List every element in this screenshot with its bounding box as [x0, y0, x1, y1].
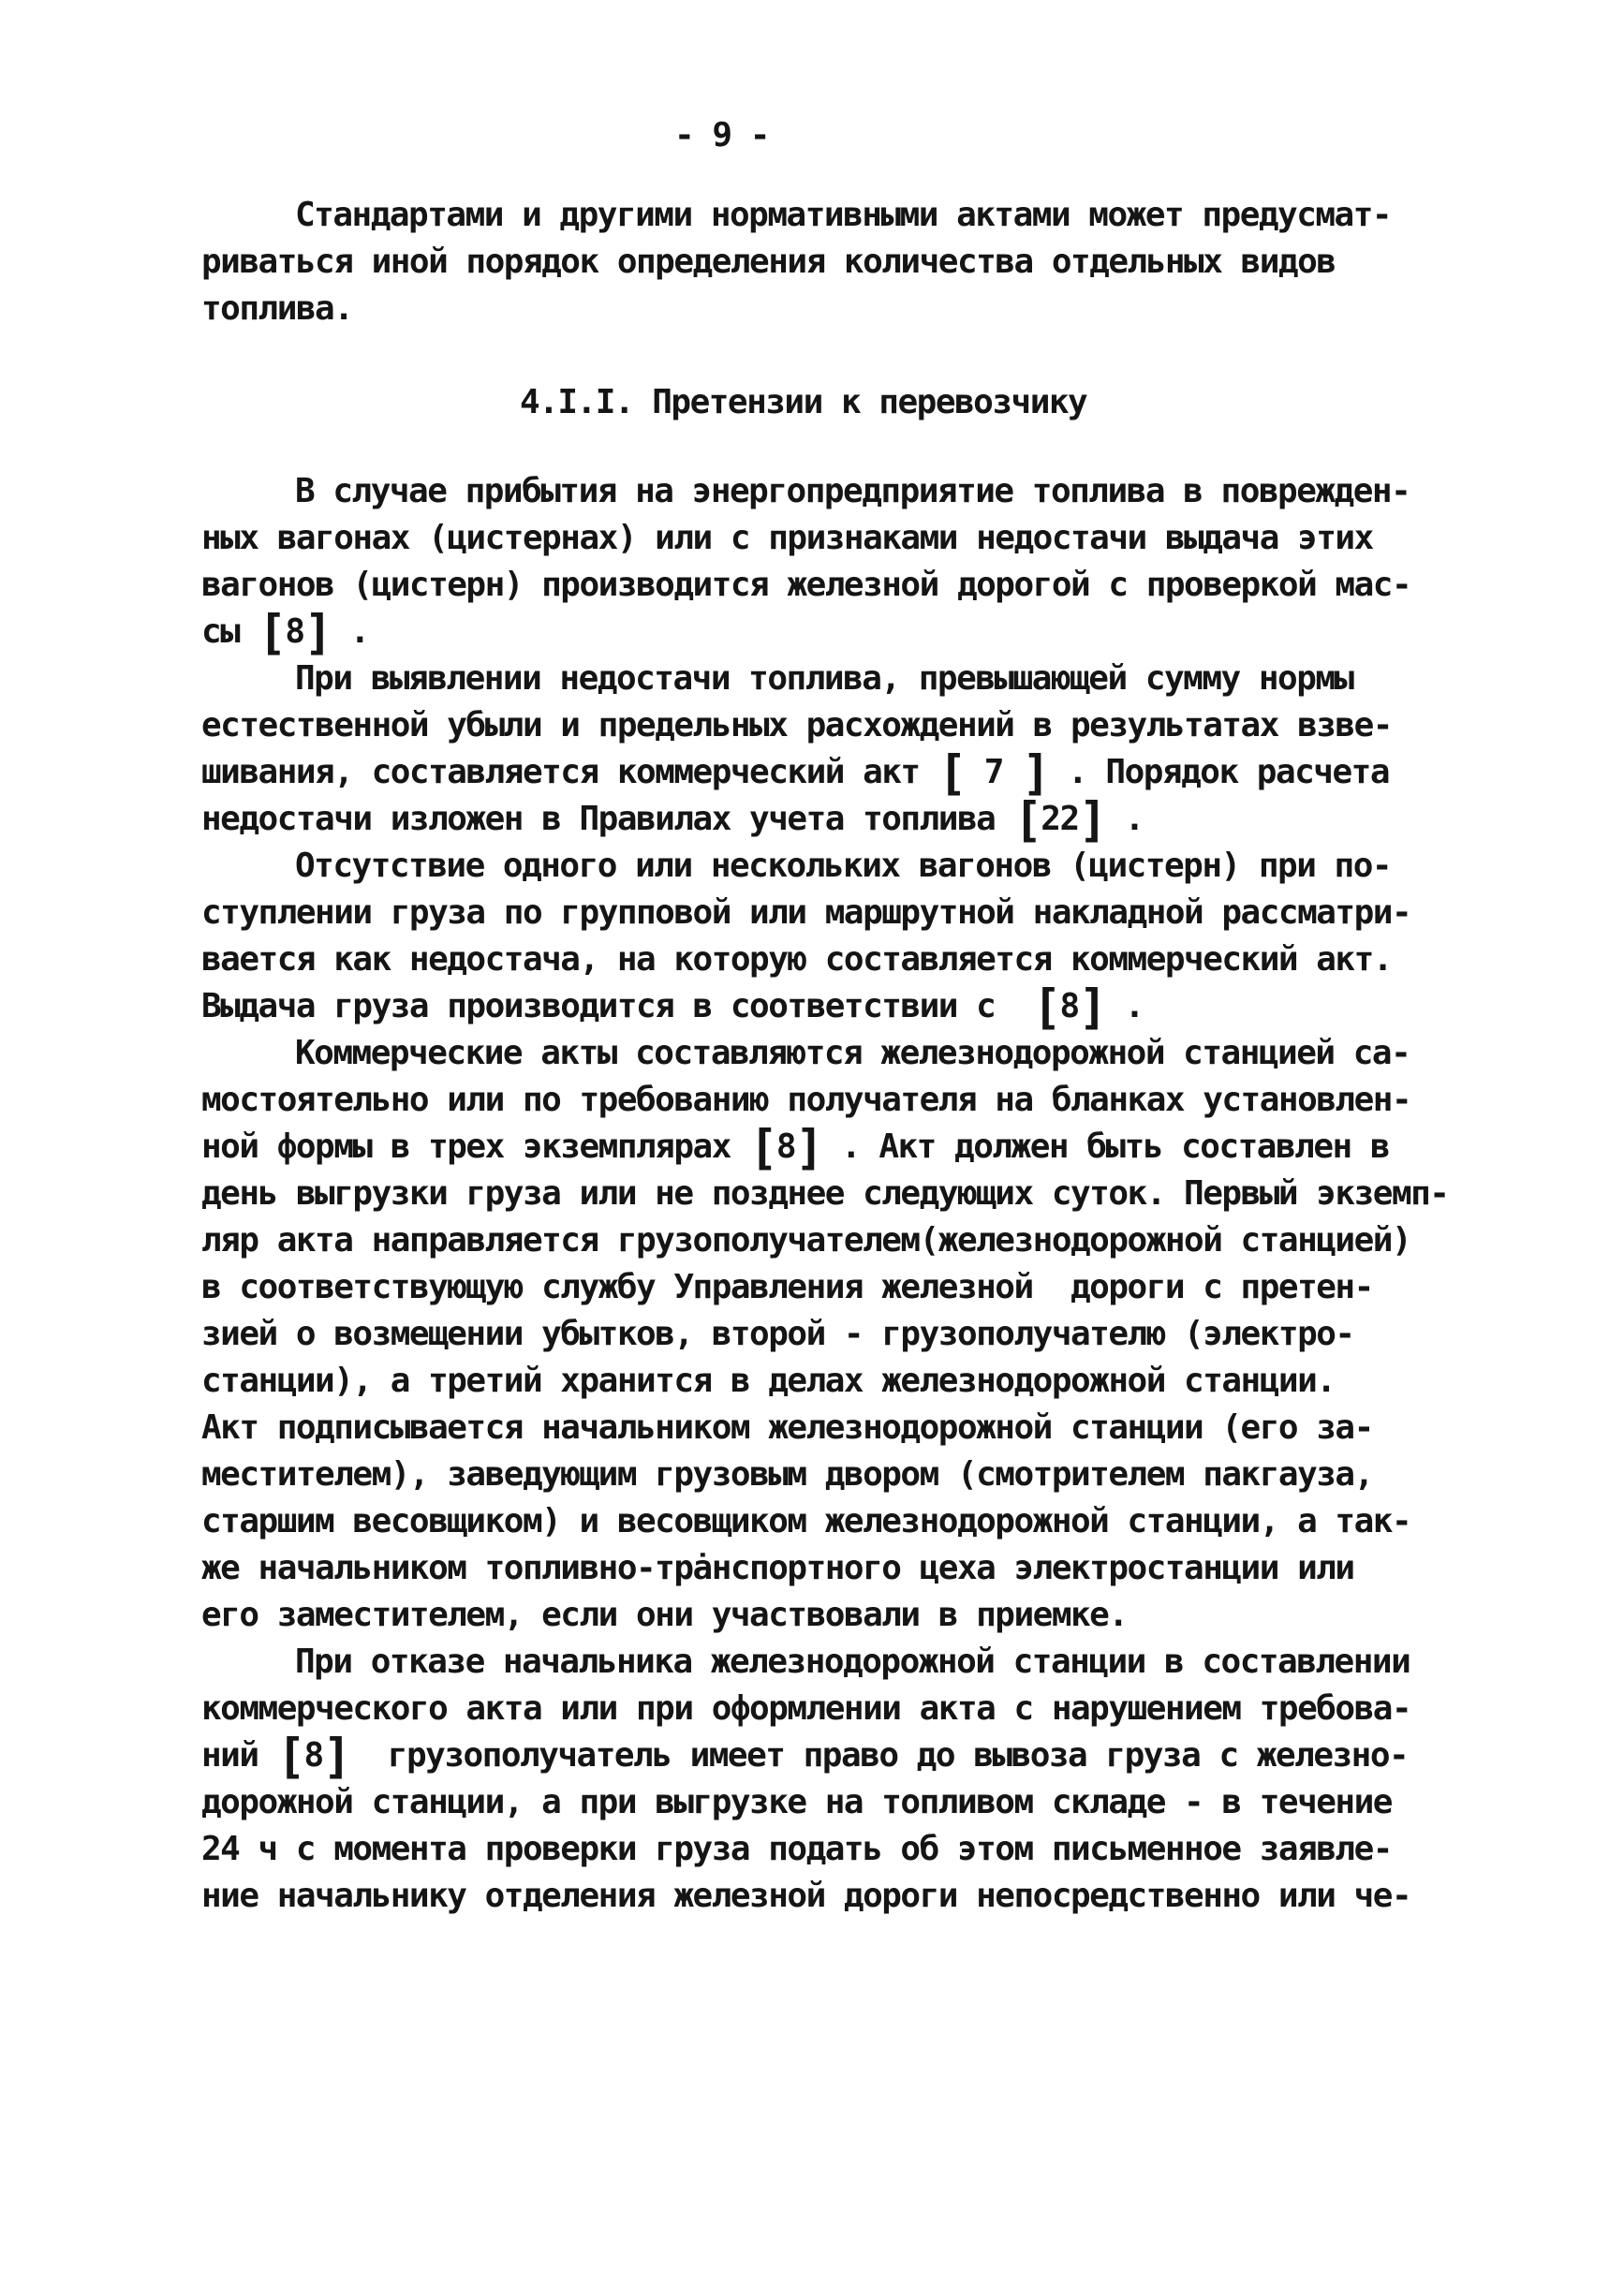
section-heading: 4.I.I. Претензии к перевозчику	[201, 379, 1513, 426]
text-line: ние начальнику отделения железной дороги…	[201, 1873, 1513, 1920]
text-line: в соответствующую службу Управления желе…	[201, 1264, 1513, 1311]
text-line: Акт подписывается начальником железнодор…	[201, 1405, 1513, 1451]
text-line: Отсутствие одного или нескольких вагонов…	[201, 843, 1513, 890]
text-line: же начальником топливно-тра̇нспортного ц…	[201, 1545, 1513, 1592]
page-number: - 9 -	[201, 112, 1513, 159]
text-line: коммерческого акта или при оформлении ак…	[201, 1686, 1513, 1732]
text-line: сы [8] .	[201, 609, 1513, 656]
text-line: недостачи изложен в Правилах учета топли…	[201, 796, 1513, 843]
text-line: зией о возмещении убытков, второй - груз…	[201, 1311, 1513, 1358]
text-line: ных вагонах (цистернах) или с признаками…	[201, 515, 1513, 562]
text-line: При отказе начальника железнодорожной ст…	[201, 1639, 1513, 1686]
text-line: ний [8] грузополучатель имеет право до в…	[201, 1732, 1513, 1779]
text-line: топлива.	[201, 286, 1513, 332]
text-line: вагонов (цистерн) производится железной …	[201, 562, 1513, 609]
text-line: дорожной станции, а при выгрузке на топл…	[201, 1779, 1513, 1826]
paragraph: При выявлении недостачи топлива, превыша…	[201, 656, 1513, 843]
scanned-page: - 9 - Стандартами и другими нормативными…	[0, 0, 1624, 2284]
paragraph: Коммерческие акты составляются железнодо…	[201, 1030, 1513, 1639]
text-line: Стандартами и другими нормативными актам…	[201, 192, 1513, 239]
paragraph: Отсутствие одного или нескольких вагонов…	[201, 843, 1513, 1030]
text-line: день выгрузки груза или не позднее следу…	[201, 1171, 1513, 1217]
text-line: Выдача груза производится в соответствии…	[201, 983, 1513, 1030]
text-line: шивания, составляется коммерческий акт […	[201, 749, 1513, 796]
text-line: При выявлении недостачи топлива, превыша…	[201, 656, 1513, 702]
text-line: естественной убыли и предельных расхожде…	[201, 702, 1513, 749]
text-line: Коммерческие акты составляются железнодо…	[201, 1030, 1513, 1077]
text-line: вается как недостача, на которую составл…	[201, 936, 1513, 983]
text-line: ступлении груза по групповой или маршрут…	[201, 890, 1513, 936]
page-content: - 9 - Стандартами и другими нормативными…	[201, 112, 1513, 1920]
text-line: старшим весовщиком) и весовщиком железно…	[201, 1498, 1513, 1545]
paragraph: В случае прибытия на энергопредприятие т…	[201, 468, 1513, 656]
text-line: мостоятельно или по требованию получател…	[201, 1077, 1513, 1124]
text-line: риваться иной порядок определения количе…	[201, 239, 1513, 286]
text-line: станции), а третий хранится в делах желе…	[201, 1358, 1513, 1405]
text-line: местителем), заведующим грузовым двором …	[201, 1451, 1513, 1498]
paragraph: Стандартами и другими нормативными актам…	[201, 192, 1513, 332]
text-line: 24 ч с момента проверки груза подать об …	[201, 1826, 1513, 1873]
text-line: ляр акта направляется грузополучателем(ж…	[201, 1217, 1513, 1264]
paragraph: При отказе начальника железнодорожной ст…	[201, 1639, 1513, 1920]
text-line: его заместителем, если они участвовали в…	[201, 1592, 1513, 1639]
text-line: В случае прибытия на энергопредприятие т…	[201, 468, 1513, 515]
text-line: ной формы в трех экземплярах [8] . Акт д…	[201, 1124, 1513, 1171]
